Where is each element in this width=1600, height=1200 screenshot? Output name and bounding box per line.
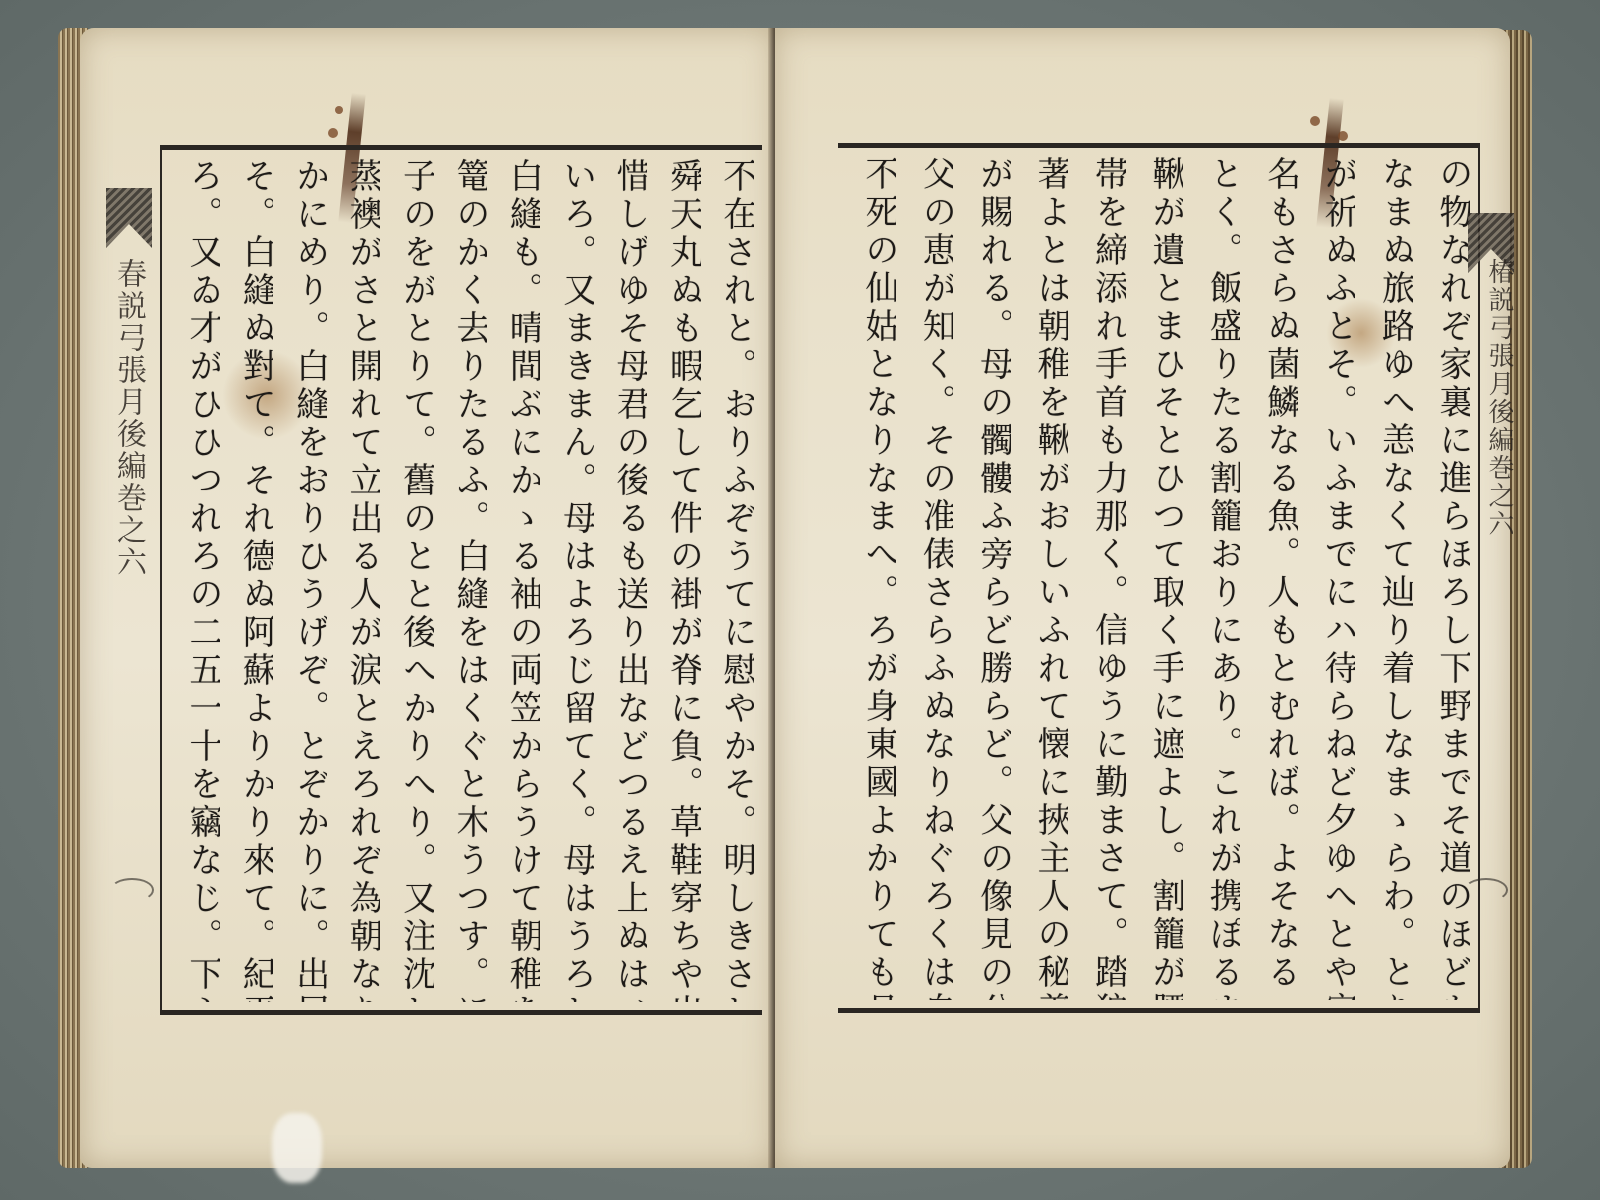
text-column: 篭のかく去りたるふ。白縫をはくぐと木うつす。ほゞ目送り果侎追ふつが (437, 158, 487, 1002)
stain-spot (335, 106, 343, 114)
folio-mark-icon (1464, 878, 1508, 902)
fishtail-ornament-icon (106, 188, 152, 248)
text-column: かにめり。白縫をおりひうげぞ。とぞかりに。出居のかく居られたまへど。為朝 (277, 158, 327, 1002)
text-column: 惜しげゆそ母君の後るも送り出などつるえ上ぬはゞりまろで。慌しく (597, 158, 647, 1002)
text-column: の物なれぞ家裏に進らほろし下野までそ道のほどもいと遙なれど沐の道 (1420, 156, 1470, 1000)
text-column: 不死の仙姑となりなまへ。ろが身東國よかりても月と日の入れをへく。父母ハ彼方 (846, 156, 896, 1000)
text-column: 子のをがとりて。舊のとと後へかりへり。又注沈とをひけれ。浩似ふ次の間の (384, 158, 434, 1002)
text-column: 名もさらぬ菌鱗なる魚。人もとむれば。よそなるへまひぞ。奴婢が草野へかりて行 (1248, 156, 1298, 1000)
text-column: なまぬ旅路ゆへ恙なくて辿り着しなまゝらわ。とりきまうも且年にいあ才の至ろ (1363, 156, 1413, 1000)
left-margin-title: 春説弓張月後編巻之六 (106, 258, 150, 578)
right-margin-title: 椿説弓張月後編巻之六 (1481, 258, 1518, 538)
right-page: の物なれぞ家裏に進らほろし下野までそ道のほどもいと遙なれど沐の道 なまぬ旅路ゆへ… (775, 28, 1510, 1168)
text-column: いろ。又まきまん。母はよろじ留てく。母はうろとむつかれが瞳し覚れ (544, 158, 594, 1002)
left-text-frame: 不在されと。おりふぞうてに慰やかそ。明しきさとおぼれよと叮嚀ぬ 舜天丸ぬも暇乞し… (160, 145, 762, 1015)
text-column: 父の恵が知く。その准俵さらふぬなりねぐろくは自愛して不老の門ふ春秋に富 (903, 156, 953, 1000)
right-text-frame: の物なれぞ家裏に進らほろし下野までそ道のほどもいと遙なれど沐の道 なまぬ旅路ゆへ… (838, 143, 1480, 1013)
stain-spot (1310, 116, 1320, 126)
text-column: 舜天丸ぬも暇乞して件の褂が脊に負。草鞋穿ちや出ば舜天丸ハ名残 (651, 158, 701, 1002)
text-column: 蒸襖がさと開れて立出る人が涙とえろれぞ為朝なり。紀平治又その (330, 158, 380, 1002)
text-column: とく。飯盛りたる割籠おりにあり。これが携ぽるまつゞけ。一日の飢ハ凌ぐん。 (1190, 156, 1240, 1000)
open-book: 春説弓張月後編巻之六 不在されと。おりふぞうてに慰やかそ。明しきさとおぼれよと叮… (58, 18, 1532, 1173)
text-column: 帯を締添れ手首も力那く。信ゆうに勤まさて。踏狼を足しかくはやせうら (1076, 156, 1126, 1000)
text-column: が賜れる。母の髑髏ふ旁らど勝らど。父の像見の公持ぞとそれ。踏狼を養 (961, 156, 1011, 1000)
text-column: 鞦が遺とまひそとひつて取く手に遮よし。割籠が腰へ著さしそ。纏みし (1133, 156, 1183, 1000)
text-column: 不在されと。おりふぞうてに慰やかそ。明しきさとおぼれよと叮嚀ぬ (704, 158, 754, 1002)
abraded-spot (272, 1113, 322, 1183)
text-column: 著よとは朝稚を鞦がおしいふれて懐に挾主人の秘義きさくもまへれ。との重宝 (1018, 156, 1068, 1000)
text-column: 白縫も。晴間ぶにかゝる袖の両笠からうけて朝稚を泣良ゑぜじを足ぞやぬ。 (490, 158, 540, 1002)
left-text-columns: 不在されと。おりふぞうてに慰やかそ。明しきさとおぼれよと叮嚀ぬ 舜天丸ぬも暇乞し… (170, 158, 754, 1002)
stain-spot (1338, 131, 1348, 141)
text-column: そ。白縫ぬ對て。それ德ぬ阿蘇よりかり來て。紀平治ともに朝稚が紀つる (223, 158, 273, 1002)
text-column: ろ。又ゐ才がひひつれろの二五一十を竊なじ。下らび。ハ彼が純孝が感激し。 (170, 158, 220, 1002)
folio-mark-icon (110, 878, 154, 902)
right-text-columns: の物なれぞ家裏に進らほろし下野までそ道のほどもいと遙なれど沐の道 なまぬ旅路ゆへ… (846, 156, 1470, 1000)
text-column: が祈ぬふとそ。いふまでにハ待らねど夕ゆへとや宿借り。天めげどんも出よろしき (1305, 156, 1355, 1000)
stain-spot (328, 128, 338, 138)
left-page: 春説弓張月後編巻之六 不在されと。おりふぞうてに慰やかそ。明しきさとおぼれよと叮… (80, 28, 775, 1168)
